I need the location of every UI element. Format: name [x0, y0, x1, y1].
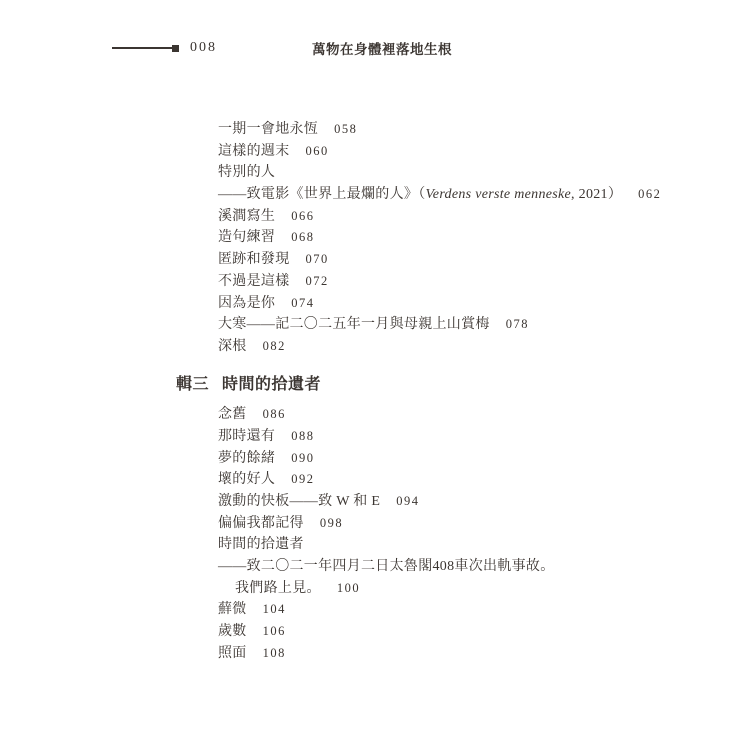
entry-page-number: 078: [506, 314, 529, 336]
page-number: 008: [190, 40, 217, 56]
entry-page-number: 104: [263, 599, 286, 621]
entry-title: 那時還有: [218, 426, 275, 448]
toc-entry: 這樣的週末060: [218, 141, 718, 163]
entry-title: 大寒——記二〇二五年一月與母親上山賞梅: [218, 314, 490, 336]
entry-page-number: 092: [291, 469, 314, 491]
toc-entry: 深根082: [218, 336, 718, 358]
entry-title: 激動的快板——致 W 和 E: [218, 491, 380, 513]
toc-entry: 念舊086: [218, 404, 718, 426]
entry-title: ——致二〇二一年四月二日太魯閣408車次出軌事故。: [218, 556, 555, 578]
entry-title: 匿跡和發現: [218, 249, 290, 271]
entry-page-number: 108: [263, 643, 286, 665]
toc-entry: 照面108: [218, 643, 718, 665]
toc-entry: 時間的拾遺者: [218, 534, 718, 556]
section-label: 輯三: [176, 374, 209, 396]
toc-entry: 歲數106: [218, 621, 718, 643]
folio-rule-line: [112, 47, 172, 49]
entry-title-suffix: , 2021）: [571, 187, 622, 202]
entry-page-number: 066: [291, 206, 314, 228]
entry-title: 溪澗寫生: [218, 206, 275, 228]
entry-page-number: 082: [263, 336, 286, 358]
entry-page-number: 060: [306, 141, 329, 163]
entry-page-number: 090: [291, 448, 314, 470]
toc-entry: 匿跡和發現070: [218, 249, 718, 271]
toc-entry: ——致二〇二一年四月二日太魯閣408車次出軌事故。: [218, 556, 718, 578]
toc-entry: 偏偏我都記得098: [218, 513, 718, 535]
entry-title: 深根: [218, 336, 247, 358]
entry-title: 夢的餘緒: [218, 448, 275, 470]
toc-entry: 激動的快板——致 W 和 E094: [218, 491, 718, 513]
toc-entry: ——致電影《世界上最爛的人》（Verdens verste menneske, …: [218, 184, 718, 206]
running-header-folio: 008: [112, 40, 217, 56]
entry-title: 歲數: [218, 621, 247, 643]
entry-page-number: 094: [396, 491, 419, 513]
book-toc-page: 008 萬物在身體裡落地生根 一期一會地永恆058這樣的週末060特別的人——致…: [0, 0, 750, 750]
entry-title: 念舊: [218, 404, 247, 426]
entry-title: 不過是這樣: [218, 271, 290, 293]
entry-page-number: 088: [291, 426, 314, 448]
entry-title: 壞的好人: [218, 469, 275, 491]
entry-page-number: 106: [263, 621, 286, 643]
section-heading: 輯三時間的拾遺者: [176, 374, 718, 396]
entry-title: ——致電影《世界上最爛的人》（Verdens verste menneske, …: [218, 184, 622, 206]
entry-title: 因為是你: [218, 293, 275, 315]
entry-page-number: 072: [306, 271, 329, 293]
toc-entry: 壞的好人092: [218, 469, 718, 491]
entry-title: 這樣的週末: [218, 141, 290, 163]
toc-entry: 我們路上見。100: [218, 578, 718, 600]
entry-page-number: 070: [306, 249, 329, 271]
entry-page-number: 074: [291, 293, 314, 315]
toc-entry: 造句練習068: [218, 227, 718, 249]
table-of-contents: 一期一會地永恆058這樣的週末060特別的人——致電影《世界上最爛的人》（Ver…: [218, 119, 718, 665]
entry-title: 一期一會地永恆: [218, 119, 318, 141]
entry-title: 我們路上見。: [235, 578, 321, 600]
entry-title-prefix: ——致電影《世界上最爛的人》（: [218, 187, 426, 202]
entry-title: 造句練習: [218, 227, 275, 249]
entry-page-number: 086: [263, 404, 286, 426]
toc-entry: 特別的人: [218, 162, 718, 184]
folio-square-marker: [172, 45, 179, 52]
toc-entry: 大寒——記二〇二五年一月與母親上山賞梅078: [218, 314, 718, 336]
toc-entry: 夢的餘緒090: [218, 448, 718, 470]
entry-page-number: 062: [638, 184, 661, 206]
entry-title: 時間的拾遺者: [218, 534, 304, 556]
entry-title: 偏偏我都記得: [218, 513, 304, 535]
toc-entry: 因為是你074: [218, 293, 718, 315]
entry-page-number: 068: [291, 227, 314, 249]
book-title: 萬物在身體裡落地生根: [312, 38, 452, 58]
toc-entry: 溪澗寫生066: [218, 206, 718, 228]
toc-entry: 蘚微104: [218, 599, 718, 621]
toc-entry: 一期一會地永恆058: [218, 119, 718, 141]
entry-page-number: 058: [334, 119, 357, 141]
toc-entry: 不過是這樣072: [218, 271, 718, 293]
entry-page-number: 100: [337, 578, 360, 600]
entry-title-latin-italic: Verdens verste menneske: [426, 187, 572, 202]
entry-title: 照面: [218, 643, 247, 665]
section-title: 時間的拾遺者: [222, 374, 321, 396]
toc-entry: 那時還有088: [218, 426, 718, 448]
entry-page-number: 098: [320, 513, 343, 535]
entry-title: 特別的人: [218, 162, 275, 184]
entry-title: 蘚微: [218, 599, 247, 621]
